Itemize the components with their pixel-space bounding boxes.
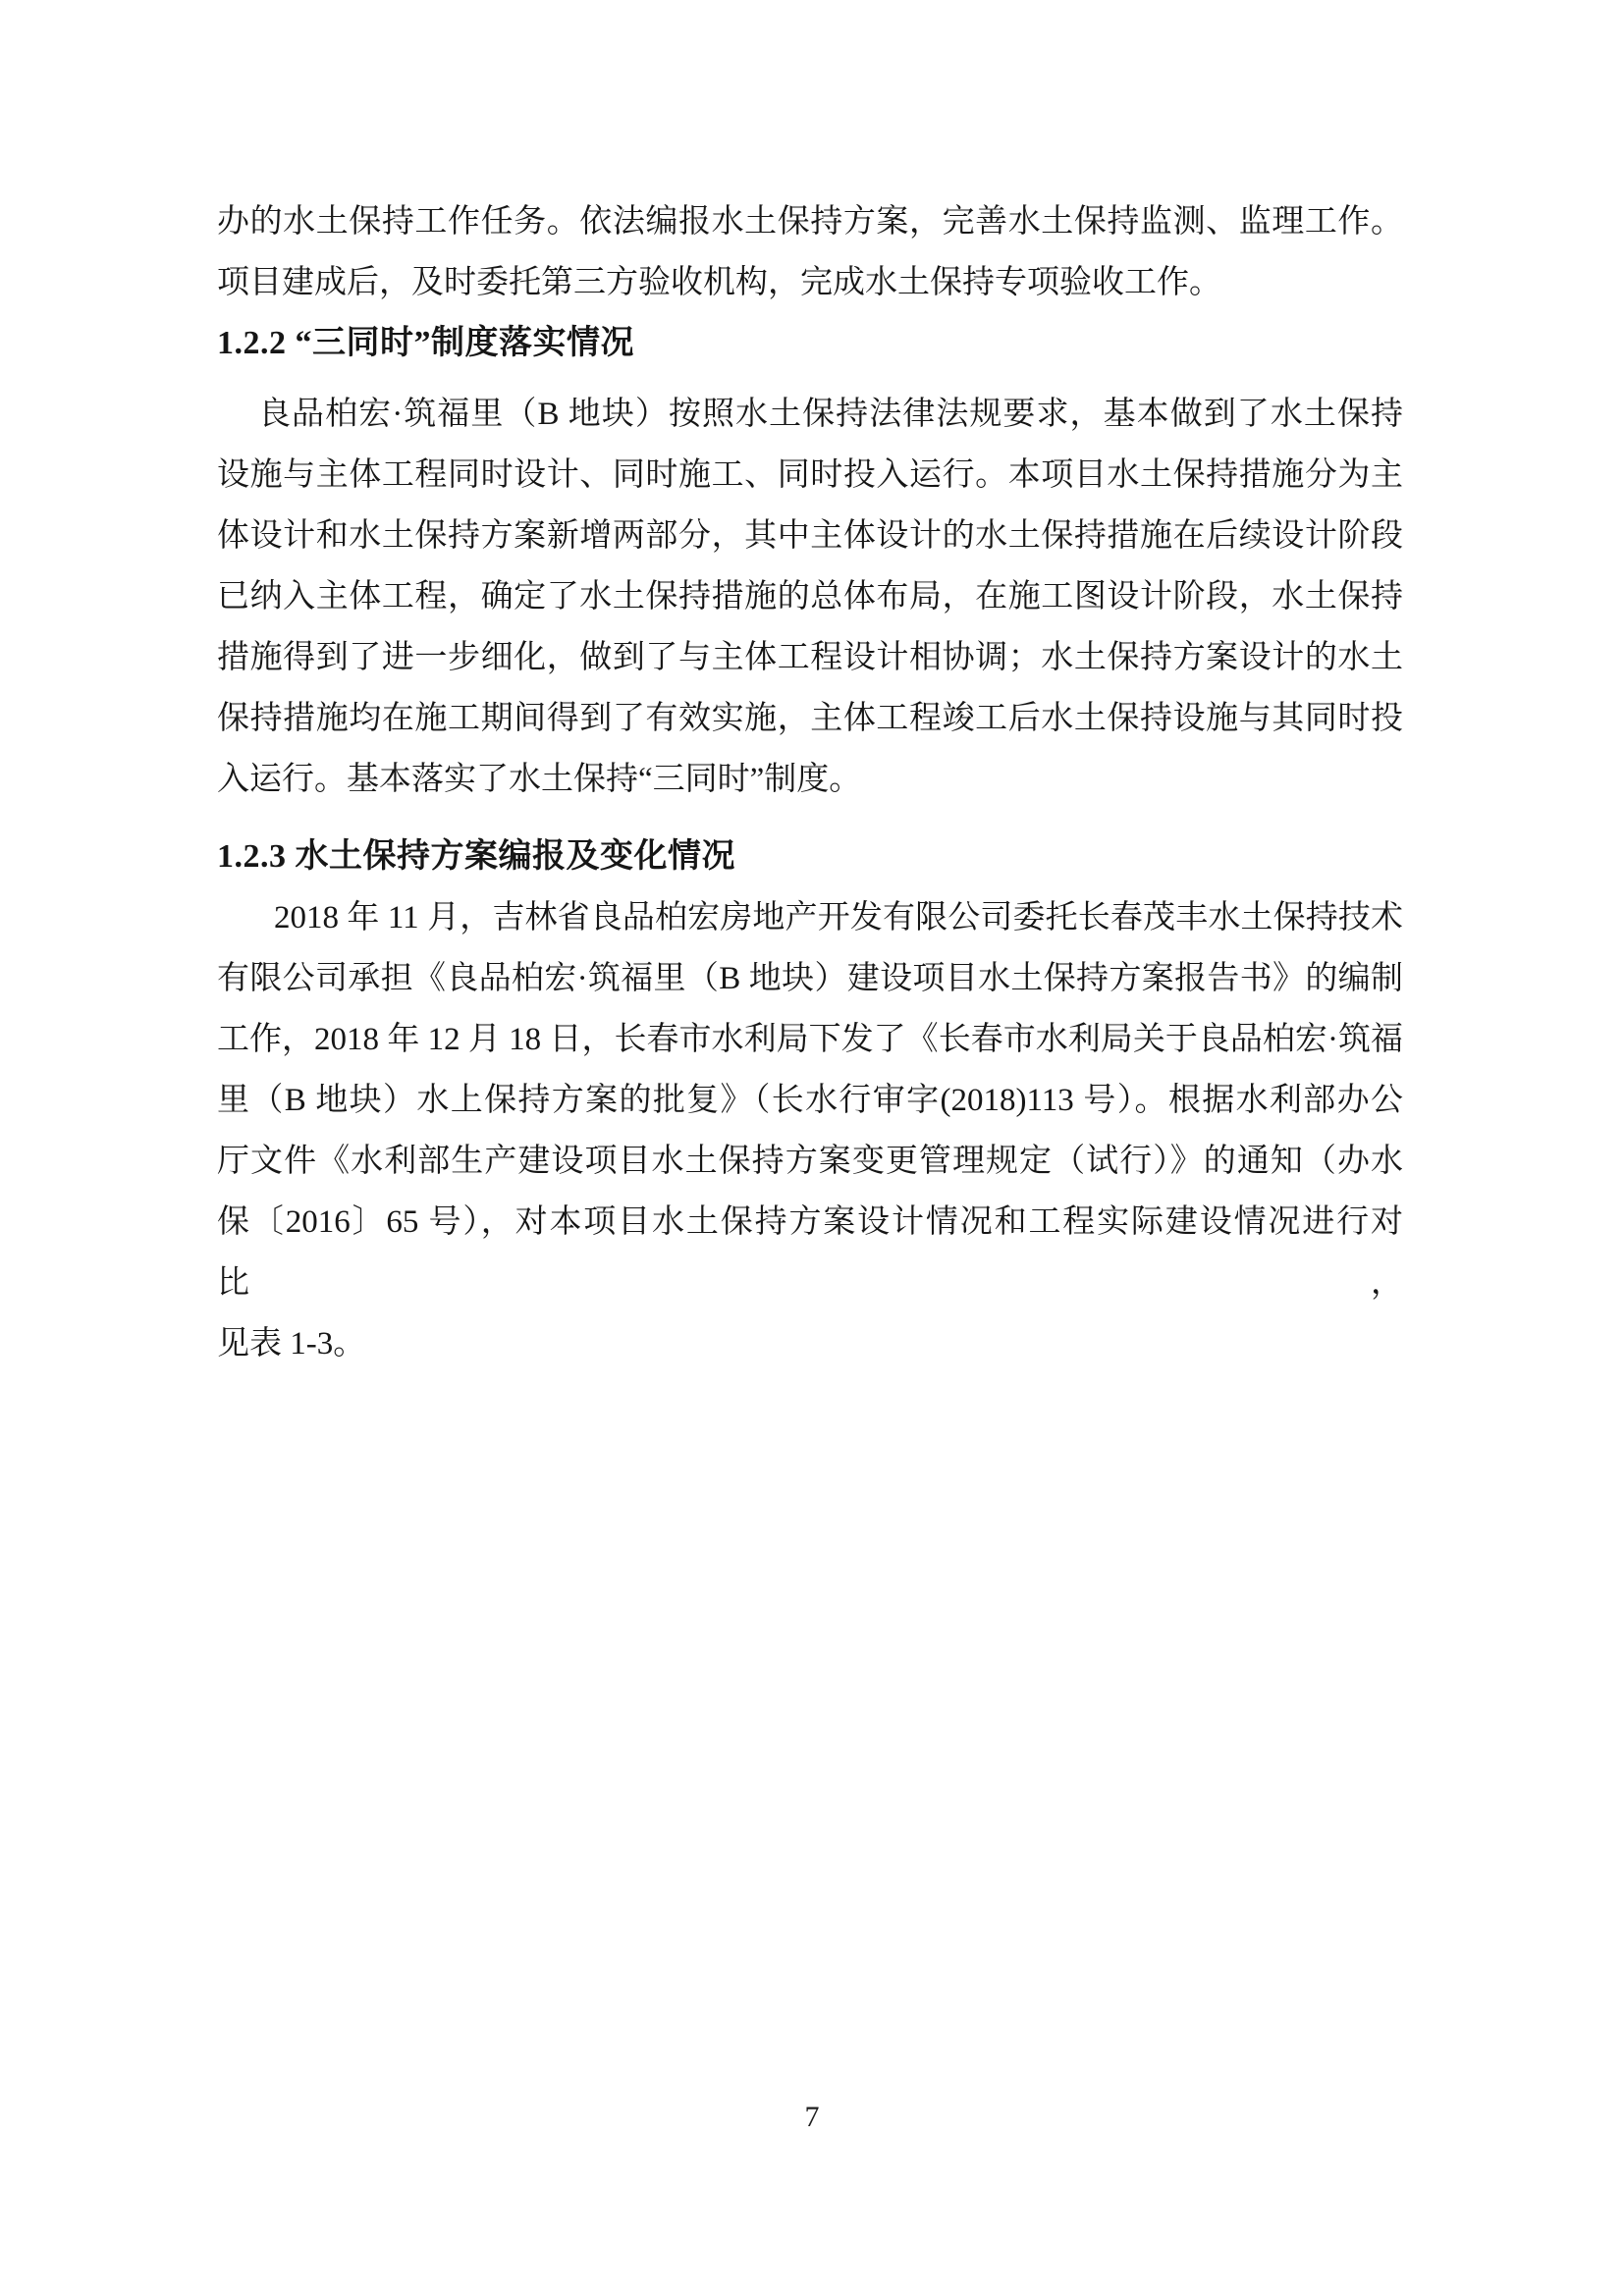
- document-page: 办的水土保持工作任务。依法编报水土保持方案，完善水土保持监测、监理工作。 项目建…: [0, 0, 1624, 2296]
- text-line: 入运行。基本落实了水土保持“三同时”制度。: [217, 749, 1403, 810]
- text-line: 已纳入主体工程，确定了水土保持措施的总体布局，在施工图设计阶段，水土保持: [217, 566, 1403, 627]
- text-line: 措施得到了进一步细化，做到了与主体工程设计相协调；水土保持方案设计的水土: [217, 627, 1403, 688]
- text-line: 设施与主体工程同时设计、同时施工、同时投入运行。本项目水土保持措施分为主: [217, 445, 1403, 506]
- paragraph-three-simultaneous: 良品柏宏·筑福里（B 地块）按照水土保持法律法规要求，基本做到了水土保持 设施与…: [217, 384, 1403, 810]
- text-line: 保〔2016〕65 号），对本项目水土保持方案设计情况和工程实际建设情况进行对比…: [217, 1192, 1403, 1313]
- text-line: 办的水土保持工作任务。依法编报水土保持方案，完善水土保持监测、监理工作。: [217, 191, 1403, 252]
- page-body: 办的水土保持工作任务。依法编报水土保持方案，完善水土保持监测、监理工作。 项目建…: [217, 191, 1403, 1374]
- section-heading-1-2-2: 1.2.2 “三同时”制度落实情况: [217, 313, 1403, 374]
- text-line: 项目建成后，及时委托第三方验收机构，完成水土保持专项验收工作。: [217, 252, 1403, 313]
- text-line: 工作，2018 年 12 月 18 日，长春市水利局下发了《长春市水利局关于良品…: [217, 1009, 1403, 1070]
- text-line: 有限公司承担《良品柏宏·筑福里（B 地块）建设项目水土保持方案报告书》的编制: [217, 948, 1403, 1009]
- paragraph-plan-report-changes: 2018 年 11 月，吉林省良品柏宏房地产开发有限公司委托长春茂丰水土保持技术…: [217, 887, 1403, 1374]
- paragraph-continuation: 办的水土保持工作任务。依法编报水土保持方案，完善水土保持监测、监理工作。 项目建…: [217, 191, 1403, 313]
- text-line: 保持措施均在施工期间得到了有效实施，主体工程竣工后水土保持设施与其同时投: [217, 688, 1403, 749]
- text-line: 2018 年 11 月，吉林省良品柏宏房地产开发有限公司委托长春茂丰水土保持技术: [217, 887, 1403, 948]
- page-number: 7: [0, 2087, 1624, 2148]
- text-line: 体设计和水土保持方案新增两部分，其中主体设计的水土保持措施在后续设计阶段: [217, 506, 1403, 566]
- text-line: 里（B 地块）水上保持方案的批复》（长水行审字(2018)113 号）。根据水利…: [217, 1070, 1403, 1131]
- section-heading-1-2-3: 1.2.3 水土保持方案编报及变化情况: [217, 827, 1403, 887]
- text-line: 良品柏宏·筑福里（B 地块）按照水土保持法律法规要求，基本做到了水土保持: [217, 384, 1403, 445]
- text-line: 见表 1-3。: [217, 1313, 1403, 1374]
- text-line: 厅文件《水利部生产建设项目水土保持方案变更管理规定（试行）》的通知（办水: [217, 1131, 1403, 1192]
